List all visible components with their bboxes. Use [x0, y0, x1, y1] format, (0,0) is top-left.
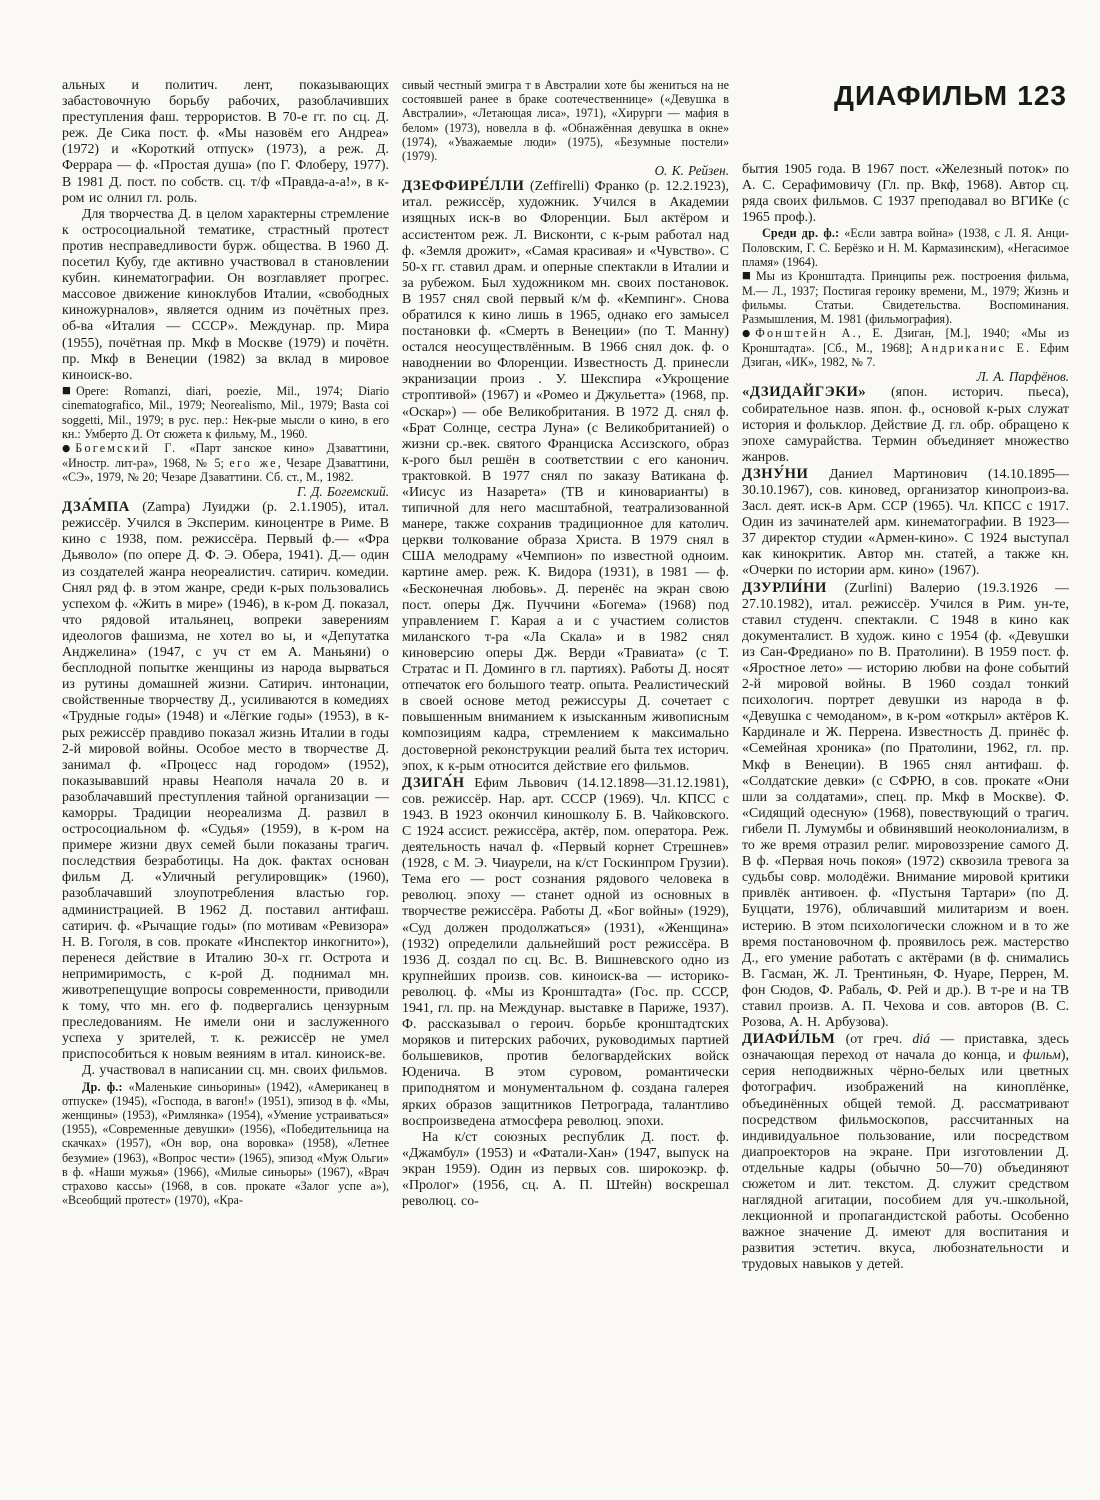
entry-headword: ДЗНУ́НИ [742, 466, 808, 482]
entry-paragraph: ДЗНУ́НИ Даниел Мартинович (14.10.1895—30… [742, 466, 1069, 580]
entry-paragraph: «ДЗИДАЙГЭКИ» (япон. историч. пьеса), соб… [742, 384, 1069, 465]
column-3: ДИАФИЛЬМ 123 бытия 1905 года. В 1967 пос… [742, 78, 1069, 1466]
circle-marker-icon: ● [62, 442, 75, 456]
entry-headword: «ДЗИДАЙГЭКИ» [742, 384, 866, 400]
bibliography: ■Мы из Кронштадта. Принципы реж. построе… [742, 269, 1069, 326]
entry-headword: Среди др. ф.: [762, 226, 839, 240]
circle-marker-icon: ● [742, 327, 755, 341]
text-segment: (от греч. [835, 1032, 912, 1047]
bibliography: ■Opere: Romanzi, diari, poezie, Mil., 19… [62, 384, 389, 441]
text-segment: ), серия неподвижных чёрно-белых или цве… [742, 1048, 1069, 1272]
column-2: сивый честный эмигра т в Австралии хоте … [402, 78, 729, 1466]
text-segment: фильм [1023, 1048, 1061, 1063]
entry-paragraph: ДЗИГА́Н Ефим Львович (14.12.1898—31.12.1… [402, 775, 729, 1130]
text-segment: Андриканис Е. [921, 341, 1032, 355]
signature: О. К. Рейзен. [402, 163, 729, 178]
running-head: ДИАФИЛЬМ 123 [742, 78, 1069, 112]
square-marker-icon: ■ [62, 384, 76, 398]
entry-paragraph: ДЗА́МПА (Zampa) Луиджи (р. 2.1.1905), ит… [62, 499, 389, 1063]
text-segment: Фонштейн А. [755, 326, 858, 340]
entry-paragraph: ДИАФИ́ЛЬМ (от греч. diá — приставка, зде… [742, 1031, 1069, 1273]
entry-paragraph: ДЗУРЛИ́НИ (Zurlini) Валерио (19.3.1926 —… [742, 580, 1069, 1032]
column-3-text: бытия 1905 года. В 1967 пост. «Железный … [742, 162, 1069, 1274]
column-1-text: альных и политич. лент, показывающих заб… [62, 78, 389, 1207]
body-paragraph: Д. участвовал в написании сц. мн. своих … [62, 1063, 389, 1079]
text-segment: его же [229, 456, 277, 470]
text-segment: Богемский Г. [75, 441, 177, 455]
text-segment: diá [912, 1032, 930, 1047]
filmography: сивый честный эмигра т в Австралии хоте … [402, 78, 729, 163]
text-columns: альных и политич. лент, показывающих заб… [62, 78, 1069, 1466]
signature: Л. А. Парфёнов. [742, 369, 1069, 384]
body-paragraph: альных и политич. лент, показывающих заб… [62, 78, 389, 207]
entry-headword: Др. ф.: [82, 1080, 123, 1094]
body-paragraph: бытия 1905 года. В 1967 пост. «Железный … [742, 162, 1069, 226]
filmography: Среди др. ф.: «Если завтра война» (1938,… [742, 226, 1069, 269]
square-marker-icon: ■ [742, 269, 756, 283]
entry-headword: ДЗА́МПА [62, 499, 130, 515]
entry-headword: ДЗИГА́Н [402, 775, 465, 791]
running-head-title: ДИАФИЛЬМ [834, 80, 1008, 112]
filmography: Др. ф.: «Маленькие синьорины» (1942), «А… [62, 1080, 389, 1208]
page-number: 123 [1017, 80, 1067, 112]
entry-headword: ДЗЕФФИРЕ́ЛЛИ [402, 178, 524, 194]
body-paragraph: На к/ст союзных республик Д. пост. ф. «Д… [402, 1130, 729, 1210]
entry-paragraph: ДЗЕФФИРЕ́ЛЛИ (Zeffirelli) Франко (р. 12.… [402, 178, 729, 774]
column-2-text: сивый честный эмигра т в Австралии хоте … [402, 78, 729, 1210]
encyclopedia-page: альных и политич. лент, показывающих заб… [0, 0, 1100, 1500]
column-1: альных и политич. лент, показывающих заб… [62, 78, 389, 1466]
entry-headword: ДЗУРЛИ́НИ [742, 580, 827, 596]
entry-headword: ДИАФИ́ЛЬМ [742, 1031, 835, 1047]
bibliography: ●Фонштейн А., Е. Дзиган, [М.], 1940; «Мы… [742, 326, 1069, 369]
signature: Г. Д. Богемский. [62, 484, 389, 499]
bibliography: ●Богемский Г. «Парт занское кино» Дзават… [62, 441, 389, 484]
body-paragraph: Для творчества Д. в целом характерны стр… [62, 207, 389, 384]
